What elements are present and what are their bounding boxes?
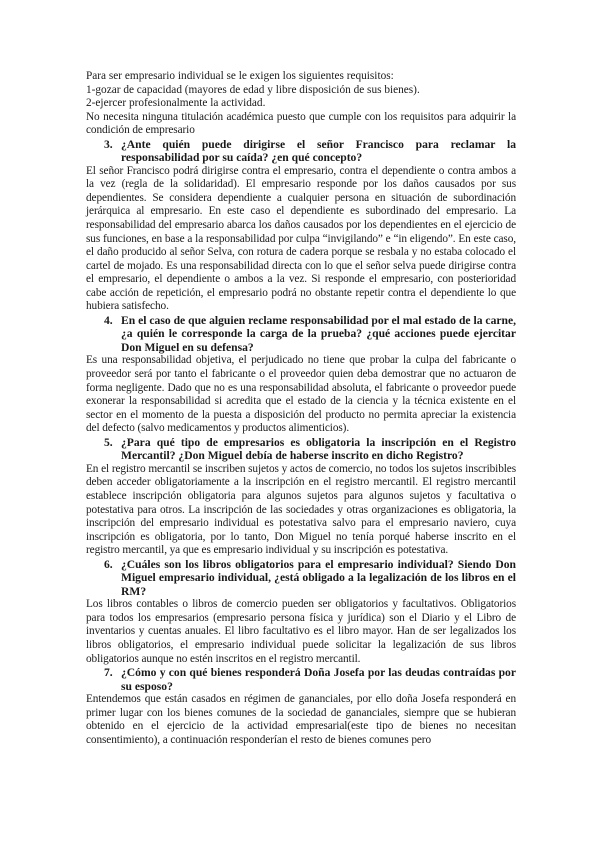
section-heading: 4. En el caso de que alguien reclame res… xyxy=(86,314,516,355)
section-answer: Es una responsabilidad objetiva, el perj… xyxy=(86,354,516,435)
intro-line-3: 2-ejercer profesionalmente la actividad. xyxy=(86,97,516,111)
section-5: 5. ¿Para qué tipo de empresarios es obli… xyxy=(86,436,516,558)
section-answer: Los libros contables o libros de comerci… xyxy=(86,598,516,666)
section-heading: 7. ¿Cómo y con qué bienes responderá Doñ… xyxy=(86,666,516,693)
section-answer: En el registro mercantil se inscriben su… xyxy=(86,463,516,558)
section-3: 3. ¿Ante quién puede dirigirse el señor … xyxy=(86,138,516,314)
section-number: 5. xyxy=(104,436,113,450)
section-number: 3. xyxy=(104,138,113,152)
section-question: ¿Para qué tipo de empresarios es obligat… xyxy=(121,436,516,463)
document-page: Para ser empresario individual se le exi… xyxy=(86,70,516,747)
section-question: ¿Cuáles son los libros obligatorios para… xyxy=(121,558,516,599)
section-6: 6. ¿Cuáles son los libros obligatorios p… xyxy=(86,558,516,666)
section-question: En el caso de que alguien reclame respon… xyxy=(121,314,516,355)
section-heading: 3. ¿Ante quién puede dirigirse el señor … xyxy=(86,138,516,165)
section-heading: 6. ¿Cuáles son los libros obligatorios p… xyxy=(86,558,516,599)
section-number: 7. xyxy=(104,666,113,680)
section-7: 7. ¿Cómo y con qué bienes responderá Doñ… xyxy=(86,666,516,747)
section-question: ¿Cómo y con qué bienes responderá Doña J… xyxy=(121,666,516,693)
section-answer: Entendemos que están casados en régimen … xyxy=(86,693,516,747)
section-question: ¿Ante quién puede dirigirse el señor Fra… xyxy=(121,138,516,165)
section-4: 4. En el caso de que alguien reclame res… xyxy=(86,314,516,436)
intro-line-1: Para ser empresario individual se le exi… xyxy=(86,70,516,84)
section-number: 6. xyxy=(104,558,113,572)
section-number: 4. xyxy=(104,314,113,328)
section-heading: 5. ¿Para qué tipo de empresarios es obli… xyxy=(86,436,516,463)
intro-line-2: 1-gozar de capacidad (mayores de edad y … xyxy=(86,84,516,98)
intro-paragraph: No necesita ninguna titulación académica… xyxy=(86,111,516,138)
section-answer: El señor Francisco podrá dirigirse contr… xyxy=(86,165,516,314)
